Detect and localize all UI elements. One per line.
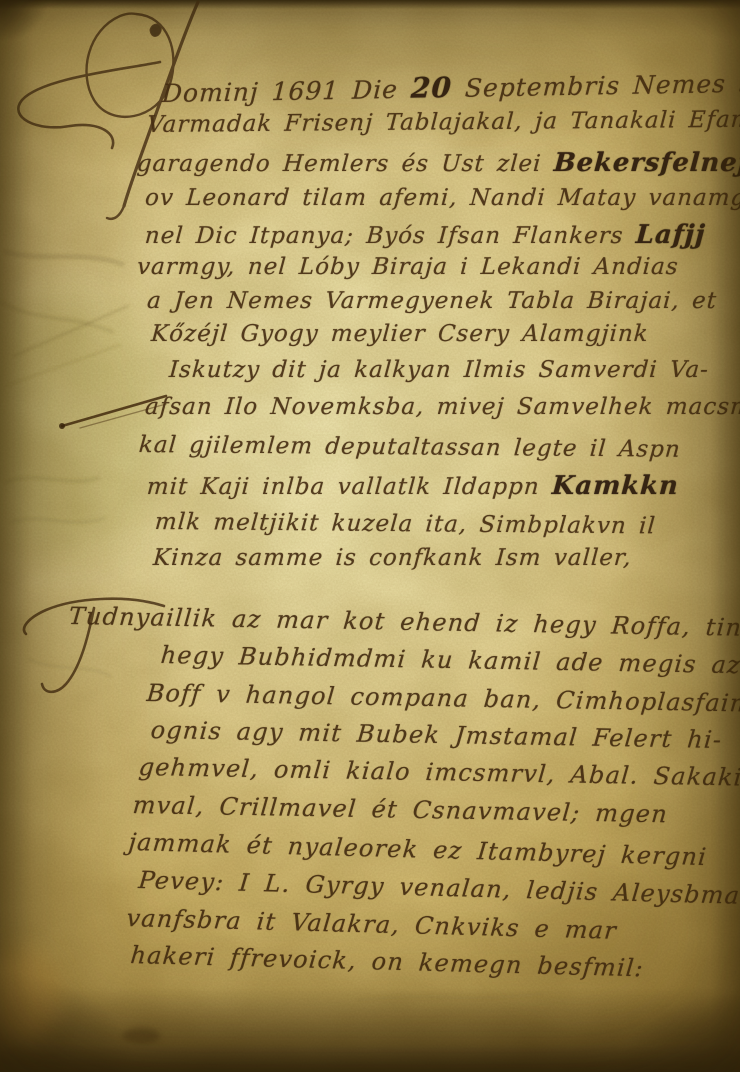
manuscript-photo: Dominj 1691 Die 20 Septembris Nemes Sama… [0, 0, 740, 1072]
photo-vignette [0, 0, 740, 1072]
